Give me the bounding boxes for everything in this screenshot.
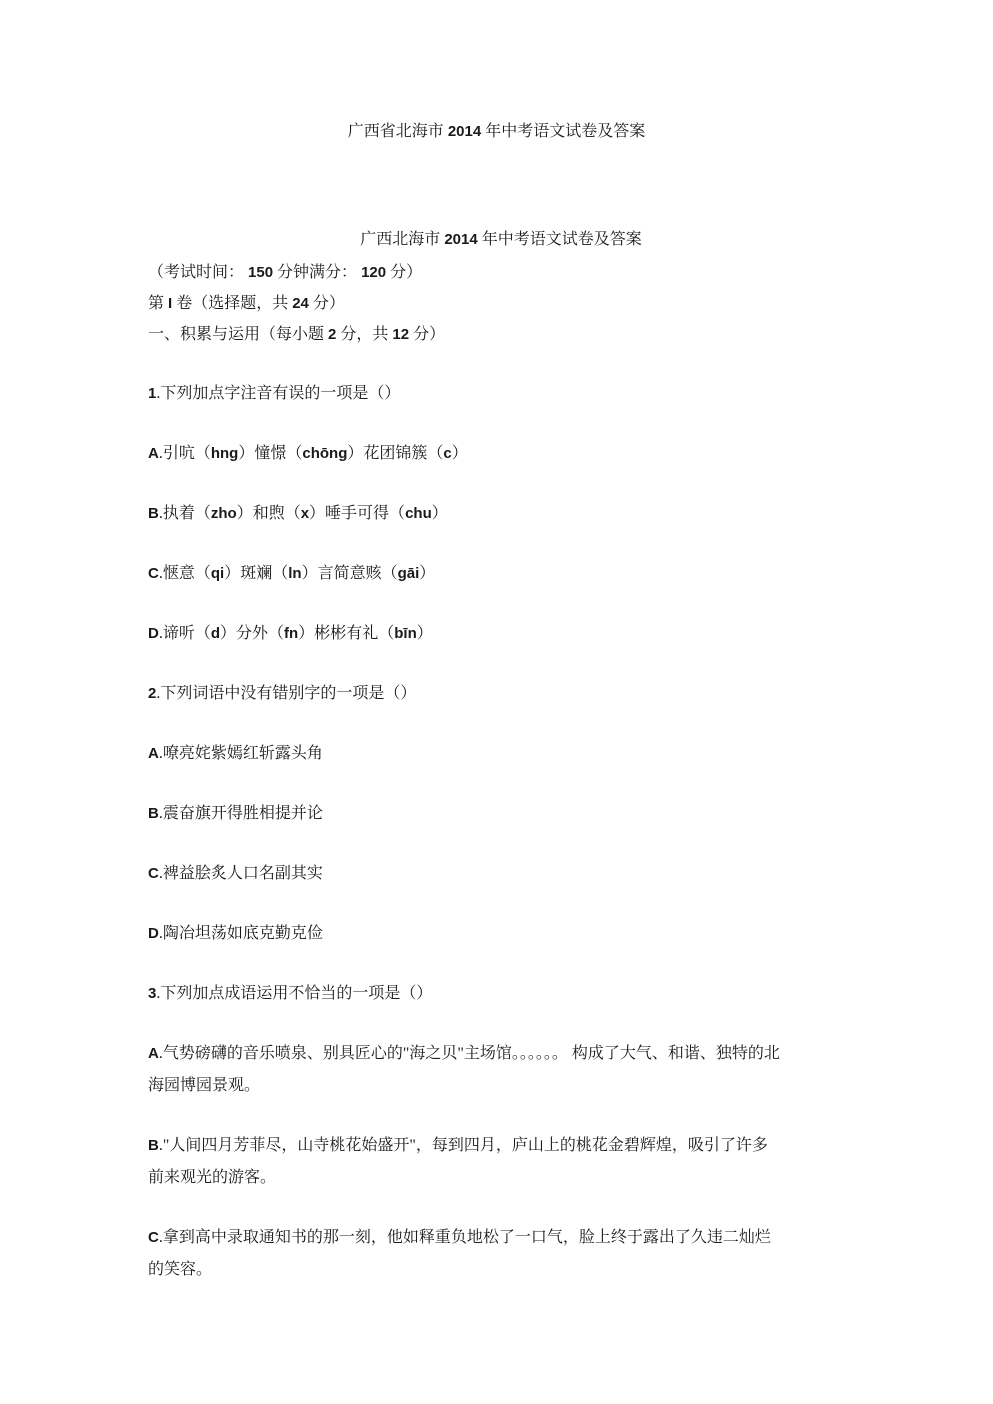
latin-text: B	[148, 1137, 159, 1154]
latin-text: 1	[148, 385, 156, 402]
text-line: 1.下列加点字注音有误的一项是（）	[148, 378, 854, 410]
option-paragraph: C.惬意（qi）斑斓（ln）言简意赅（gāi）	[148, 558, 854, 590]
latin-text: 3	[148, 985, 156, 1002]
document-body: 广西北海市 2014 年中考语文试卷及答案 （考试时间： 150 分钟满分： 1…	[148, 227, 854, 1286]
text-line: D.谛听（d）分外（fn）彬彬有礼（bīn）	[148, 618, 854, 650]
option-paragraph: C.拿到高中录取通知书的那一刻，他如释重负地松了一口气，脸上终于露出了久违二灿烂…	[148, 1222, 854, 1286]
meta-section: （考试时间： 150 分钟满分： 120 分）第 I 卷（选择题，共 24 分）…	[148, 257, 854, 350]
latin-text: A	[148, 445, 159, 462]
latin-text: C	[148, 1229, 159, 1246]
latin-text: chu	[405, 505, 432, 522]
latin-text: D	[148, 925, 159, 942]
latin-text: c	[443, 445, 451, 462]
latin-text: x	[301, 505, 309, 522]
latin-text: C	[148, 565, 159, 582]
latin-text: 150	[248, 264, 273, 281]
main-title: 广西省北海市 2014 年中考语文试卷及答案	[0, 120, 993, 144]
questions-section: 1.下列加点字注音有误的一项是（）A.引吭（hng）憧憬（chōng）花团锦簇（…	[148, 378, 854, 1286]
question-stem: 3.下列加点成语运用不恰当的一项是（）	[148, 978, 854, 1010]
text-line: C.拿到高中录取通知书的那一刻，他如释重负地松了一口气，脸上终于露出了久违二灿烂	[148, 1222, 854, 1254]
text-line: C.惬意（qi）斑斓（ln）言简意赅（gāi）	[148, 558, 854, 590]
inner-title: 广西北海市 2014 年中考语文试卷及答案	[148, 227, 854, 253]
latin-text: fn	[284, 625, 298, 642]
text-line: 海园博园景观。	[148, 1070, 854, 1102]
text-line: 3.下列加点成语运用不恰当的一项是（）	[148, 978, 854, 1010]
option-paragraph: D.谛听（d）分外（fn）彬彬有礼（bīn）	[148, 618, 854, 650]
meta-line: 第 I 卷（选择题，共 24 分）	[148, 288, 854, 319]
latin-text: B	[148, 805, 159, 822]
latin-text: bīn	[394, 625, 417, 642]
latin-text: d	[211, 625, 220, 642]
text-line: 的笑容。	[148, 1254, 854, 1286]
latin-text: D	[148, 625, 159, 642]
option-paragraph: B.执着（zho）和煦（x）唾手可得（chu）	[148, 498, 854, 530]
text-line: 前来观光的游客。	[148, 1162, 854, 1194]
latin-text: B	[148, 505, 159, 522]
option-paragraph: C.裨益脍炙人口名副其实	[148, 858, 854, 890]
text-line: B."人间四月芳菲尽，山寺桃花始盛开"，每到四月，庐山上的桃花金碧辉煌，吸引了许…	[148, 1130, 854, 1162]
latin-text: 12	[392, 326, 409, 343]
latin-text: 24	[292, 295, 309, 312]
question-stem: 2.下列词语中没有错别字的一项是（）	[148, 678, 854, 710]
latin-text: 2014	[448, 123, 481, 140]
option-paragraph: A.引吭（hng）憧憬（chōng）花团锦簇（c）	[148, 438, 854, 470]
option-paragraph: B.震奋旗开得胜相提并论	[148, 798, 854, 830]
latin-text: A	[148, 745, 159, 762]
text-line: C.裨益脍炙人口名副其实	[148, 858, 854, 890]
latin-text: 2	[328, 326, 336, 343]
latin-text: 2	[148, 685, 156, 702]
text-line: A.引吭（hng）憧憬（chōng）花团锦簇（c）	[148, 438, 854, 470]
latin-text: chōng	[302, 445, 347, 462]
latin-text: zho	[211, 505, 237, 522]
option-paragraph: D.陶冶坦荡如底克勤克俭	[148, 918, 854, 950]
text-line: A.气势磅礴的音乐喷泉、别具匠心的"海之贝"主场馆。。。。。。 构成了大气、和谐…	[148, 1038, 854, 1070]
text-line: B.震奋旗开得胜相提并论	[148, 798, 854, 830]
latin-text: hng	[211, 445, 239, 462]
meta-line: （考试时间： 150 分钟满分： 120 分）	[148, 257, 854, 288]
text-line: B.执着（zho）和煦（x）唾手可得（chu）	[148, 498, 854, 530]
latin-text: 120	[361, 264, 386, 281]
latin-text: I	[168, 295, 172, 312]
text-line: A.嘹亮姹紫嫣红斩露头角	[148, 738, 854, 770]
text-line: 2.下列词语中没有错别字的一项是（）	[148, 678, 854, 710]
document-page: 广西省北海市 2014 年中考语文试卷及答案 广西北海市 2014 年中考语文试…	[0, 0, 993, 1404]
option-paragraph: B."人间四月芳菲尽，山寺桃花始盛开"，每到四月，庐山上的桃花金碧辉煌，吸引了许…	[148, 1130, 854, 1194]
option-paragraph: A.嘹亮姹紫嫣红斩露头角	[148, 738, 854, 770]
meta-line: 一、积累与运用（每小题 2 分，共 12 分）	[148, 319, 854, 350]
latin-text: 2014	[444, 231, 477, 248]
option-paragraph: A.气势磅礴的音乐喷泉、别具匠心的"海之贝"主场馆。。。。。。 构成了大气、和谐…	[148, 1038, 854, 1102]
latin-text: qi	[211, 565, 224, 582]
latin-text: A	[148, 1045, 159, 1062]
latin-text: ln	[288, 565, 301, 582]
text-line: D.陶冶坦荡如底克勤克俭	[148, 918, 854, 950]
latin-text: gāi	[398, 565, 420, 582]
latin-text: C	[148, 865, 159, 882]
question-stem: 1.下列加点字注音有误的一项是（）	[148, 378, 854, 410]
